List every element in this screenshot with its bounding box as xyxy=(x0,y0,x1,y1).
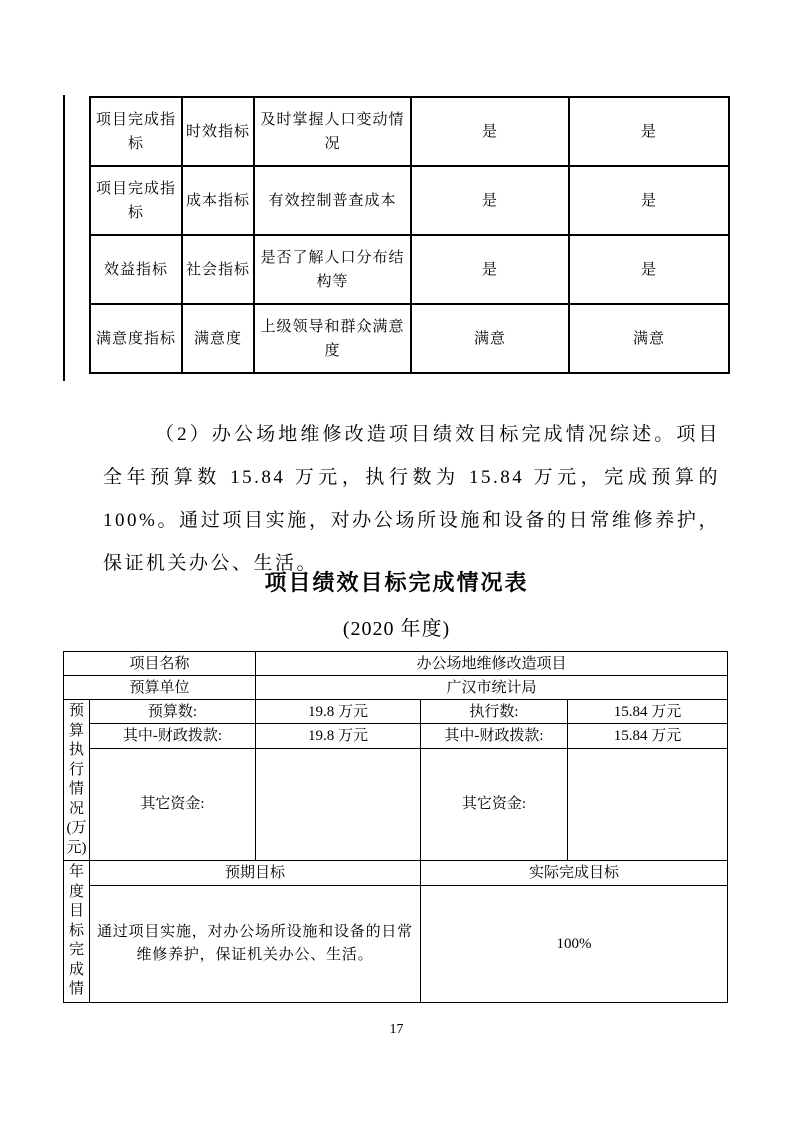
cell-expected-goal-header: 预期目标 xyxy=(90,861,421,886)
section-subtitle: (2020 年度) xyxy=(0,612,793,641)
cell-indicator-value2: 是 xyxy=(569,235,729,304)
cell-project-name-value: 办公场地维修改造项目 xyxy=(256,652,728,676)
cell-exec-value: 15.84 万元 xyxy=(568,700,728,724)
cell-budget-unit-label: 预算单位 xyxy=(64,676,256,700)
cell-other-funds-left-label: 其它资金: xyxy=(90,748,256,860)
table-row: 预算执行情况(万元) 预算数: 19.8 万元 执行数: 15.84 万元 xyxy=(64,700,728,724)
cell-indicator-content: 有效控制普查成本 xyxy=(254,166,411,235)
table-row: 其中-财政拨款: 19.8 万元 其中-财政拨款: 15.84 万元 xyxy=(64,724,728,748)
cell-budget-value: 19.8 万元 xyxy=(256,700,421,724)
cell-fiscal-left-label: 其中-财政拨款: xyxy=(90,724,256,748)
outer-table-border-line xyxy=(63,95,65,381)
cell-other-funds-left-value xyxy=(256,748,421,860)
table-row: 项目名称 办公场地维修改造项目 xyxy=(64,652,728,676)
cell-indicator-content: 上级领导和群众满意度 xyxy=(254,304,411,373)
table-row: 项目完成指标 成本指标 有效控制普查成本 是 是 xyxy=(90,166,729,235)
cell-indicator-category: 项目完成指标 xyxy=(90,97,182,166)
section-title: 项目绩效目标完成情况表 xyxy=(0,566,793,597)
cell-budget-label: 预算数: xyxy=(90,700,256,724)
table-row: 项目完成指标 时效指标 及时掌握人口变动情况 是 是 xyxy=(90,97,729,166)
cell-indicator-value2: 满意 xyxy=(569,304,729,373)
cell-indicator-category: 项目完成指标 xyxy=(90,166,182,235)
cell-indicator-category: 满意度指标 xyxy=(90,304,182,373)
cell-fiscal-right-label: 其中-财政拨款: xyxy=(421,724,568,748)
cell-indicator-category: 效益指标 xyxy=(90,235,182,304)
cell-indicator-value1: 是 xyxy=(411,235,569,304)
cell-indicator-value1: 满意 xyxy=(411,304,569,373)
cell-indicator-content: 及时掌握人口变动情况 xyxy=(254,97,411,166)
document-page: 项目完成指标 时效指标 及时掌握人口变动情况 是 是 项目完成指标 成本指标 有… xyxy=(0,0,793,1122)
cell-indicator-value2: 是 xyxy=(569,97,729,166)
table-row: 满意度指标 满意度 上级领导和群众满意度 满意 满意 xyxy=(90,304,729,373)
page-number: 17 xyxy=(0,1022,793,1038)
cell-other-funds-right-label: 其它资金: xyxy=(421,748,568,860)
cell-indicator-value2: 是 xyxy=(569,166,729,235)
table-row: 通过项目实施，对办公场所设施和设备的日常维修养护，保证机关办公、生活。 100% xyxy=(64,886,728,1002)
cell-indicator-value1: 是 xyxy=(411,166,569,235)
table-row: 年度目标完成情 预期目标 实际完成目标 xyxy=(64,861,728,886)
indicator-table: 项目完成指标 时效指标 及时掌握人口变动情况 是 是 项目完成指标 成本指标 有… xyxy=(89,96,730,374)
table-row: 预算单位 广汉市统计局 xyxy=(64,676,728,700)
cell-budget-unit-value: 广汉市统计局 xyxy=(256,676,728,700)
cell-indicator-type: 成本指标 xyxy=(182,166,254,235)
cell-project-name-label: 项目名称 xyxy=(64,652,256,676)
cell-indicator-type: 时效指标 xyxy=(182,97,254,166)
cell-fiscal-left-value: 19.8 万元 xyxy=(256,724,421,748)
table-row: 其它资金: 其它资金: xyxy=(64,748,728,860)
cell-indicator-value1: 是 xyxy=(411,97,569,166)
cell-other-funds-right-value xyxy=(568,748,728,860)
cell-annual-goal-section-label: 年度目标完成情 xyxy=(64,861,90,1003)
cell-fiscal-right-value: 15.84 万元 xyxy=(568,724,728,748)
summary-paragraph: （2）办公场地维修改造项目绩效目标完成情况综述。项目全年预算数 15.84 万元… xyxy=(103,413,720,585)
cell-actual-goal-value: 100% xyxy=(421,886,728,1002)
cell-indicator-content: 是否了解人口分布结构等 xyxy=(254,235,411,304)
cell-exec-label: 执行数: xyxy=(421,700,568,724)
cell-actual-goal-header: 实际完成目标 xyxy=(421,861,728,886)
table-row: 效益指标 社会指标 是否了解人口分布结构等 是 是 xyxy=(90,235,729,304)
cell-indicator-type: 满意度 xyxy=(182,304,254,373)
completion-table: 项目名称 办公场地维修改造项目 预算单位 广汉市统计局 预算执行情况(万元) 预… xyxy=(63,651,728,1003)
cell-expected-goal-value: 通过项目实施，对办公场所设施和设备的日常维修养护，保证机关办公、生活。 xyxy=(90,886,421,1002)
cell-indicator-type: 社会指标 xyxy=(182,235,254,304)
cell-budget-exec-section-label: 预算执行情况(万元) xyxy=(64,700,90,861)
